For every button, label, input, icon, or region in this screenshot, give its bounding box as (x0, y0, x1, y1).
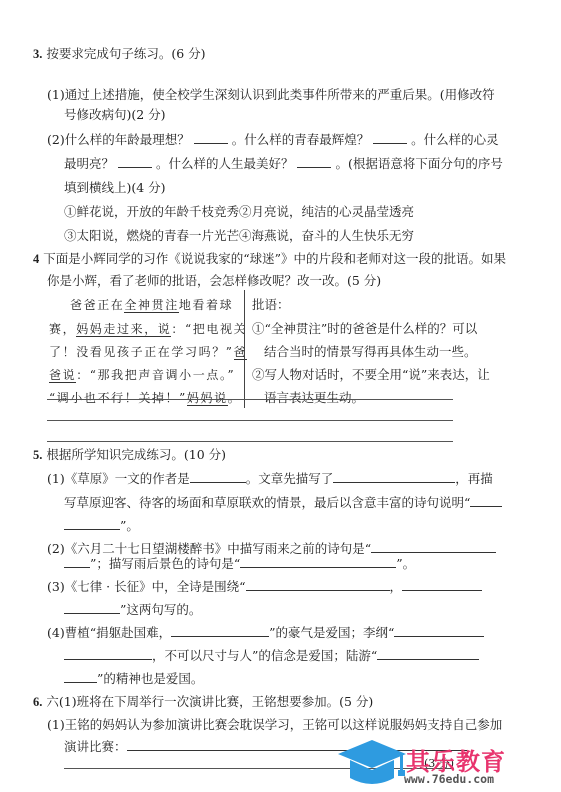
comment-label: 批语： (252, 296, 290, 314)
answer-blank[interactable] (373, 131, 407, 144)
q5-heading: 5. 根据所学知识完成练习。(10 分) (33, 446, 226, 464)
q3-number: 3. (33, 47, 42, 61)
q5-sub4-line3: ”的精神也是爱国。 (64, 670, 203, 688)
q5-title: 根据所学知识完成练习。(10 分) (46, 447, 226, 462)
answer-line[interactable] (47, 399, 453, 400)
comment-2-line1: ②写人物对话时，不要全用“说”来表达，让 (252, 366, 490, 384)
answer-blank[interactable] (333, 470, 455, 483)
q5-sub3-line1: (3)《七律 · 长征》中，全诗是围绕“， (47, 578, 482, 596)
q3-part2-text-f: 。(根据语意将下面分句的序号 (335, 156, 502, 171)
q3-part2-text-b: 。什么样的青春最辉煌？ (232, 132, 370, 147)
q5-text: ”的精神也是爱国。 (97, 671, 203, 686)
q4-line2: 你是小辉，看了老师的批语，会怎样修改呢？改一改。(5 分) (47, 272, 381, 290)
q5-sub4-line2: ，不可以尺寸与人”的信念是爱国；陆游“ (64, 647, 479, 665)
excerpt-text: ：“把电视关 (171, 322, 247, 336)
q5-sub1-line2: 写草原迎客、待客的场面和草原联欢的情景，最后以含意丰富的诗句说明“ (64, 494, 502, 512)
q5-sub4-line1: (4)曹植“捐躯赴国难，”的豪气是爱国；李纲“ (47, 624, 484, 642)
q5-sub3-line2: ”这两句写的。 (64, 601, 201, 619)
answer-blank[interactable] (402, 578, 482, 591)
answer-blank[interactable] (371, 540, 496, 553)
q5-text: ， (390, 579, 403, 594)
answer-blank[interactable] (64, 601, 120, 614)
answer-blank[interactable] (394, 624, 484, 637)
q6-number: 6. (33, 695, 42, 709)
q6-text: 演讲比赛： (64, 739, 127, 754)
q5-text: ”的豪气是爱国；李纲“ (269, 625, 394, 640)
q6-sub1-line1: (1)王铭的妈妈认为参加演讲比赛会耽误学习，王铭可以这样说服妈妈支持自己参加 (47, 716, 502, 734)
q3-part1-line2: 号修改病句)(2 分) (64, 106, 166, 124)
excerpt-text: ：“那我把声音调小一点。” (76, 368, 235, 382)
excerpt-text: 爸爸正在 (70, 298, 124, 312)
comment-1-line2: 结合当时的情景写得再具体生动一些。 (264, 343, 477, 361)
excerpt-text: 了！没看见孩子正在学习吗？” (49, 345, 234, 359)
q4-line1: 下面是小辉同学的习作《说说我家的“球迷”》中的片段和老师对这一段的批语。如果 (43, 251, 506, 266)
excerpt-underlined: 爸 (234, 345, 248, 360)
q3-heading: 3. 按要求完成句子练习。(6 分) (33, 45, 206, 63)
answer-blank[interactable] (377, 647, 479, 660)
answer-blank[interactable] (190, 470, 246, 483)
q5-text: 写草原迎客、待客的场面和草原联欢的情景，最后以含意丰富的诗句说明“ (64, 495, 470, 510)
excerpt-text: 。 (228, 391, 242, 405)
answer-line[interactable] (47, 441, 453, 442)
q6-heading: 6. 六(1)班将在下周举行一次演讲比赛，王铭想要参加。(5 分) (33, 693, 373, 711)
answer-blank[interactable] (171, 624, 269, 637)
comment-1-line1: ①“全神贯注”时的爸爸是什么样的？可以 (252, 320, 477, 338)
q5-text: ”。 (120, 518, 139, 533)
answer-blank[interactable] (64, 555, 90, 568)
q3-part2-line1: (2)什么样的年龄最理想？ 。什么样的青春最辉煌？ 。什么样的心灵 (47, 131, 499, 149)
q3-part1-line1: (1)通过上述措施，使全校学生深刻认识到此类事件所带来的严重后果。(用修改符 (47, 86, 495, 104)
q5-text: ”；描写雨后景色的诗句是“ (90, 556, 240, 571)
q4-heading: 4 下面是小辉同学的习作《说说我家的“球迷”》中的片段和老师对这一段的批语。如果 (33, 250, 506, 268)
q3-part2-text-a: (2)什么样的年龄最理想？ (47, 132, 190, 147)
q5-text: ”。 (396, 556, 415, 571)
q5-sub2-line2: ”；描写雨后景色的诗句是“”。 (64, 555, 415, 573)
answer-blank[interactable] (297, 155, 331, 168)
q5-text: (4)曹植“捐躯赴国难， (47, 625, 171, 640)
answer-blank[interactable] (118, 155, 152, 168)
answer-blank[interactable] (64, 670, 97, 683)
q5-text: (2)《六月二十七日望湖楼醉书》中描写雨来之前的诗句是“ (47, 541, 371, 556)
q3-part2-line3: 填到横线上)(4 分) (64, 179, 166, 197)
column-divider (244, 290, 245, 408)
q5-text: ，不可以尺寸与人”的信念是爱国；陆游“ (152, 648, 377, 663)
q3-part2-text-e: 。什么样的人生最美好？ (156, 156, 294, 171)
q3-part2-line2: 最明亮？ 。什么样的人生最美好？ 。(根据语意将下面分句的序号 (64, 155, 503, 173)
excerpt-underlined: 爸说 (49, 368, 76, 383)
q6-title: 六(1)班将在下周举行一次演讲比赛，王铭想要参加。(5 分) (46, 694, 373, 709)
excerpt-text: “调小也不行！关掉！” (49, 391, 187, 405)
q3-part2-text-c: 。什么样的心灵 (411, 132, 499, 147)
q3-option-3: ③太阳说，燃烧的青春一片光芒 (64, 227, 239, 245)
answer-blank[interactable] (64, 647, 152, 660)
q3-title: 按要求完成句子练习。(6 分) (46, 46, 205, 61)
q5-sub1-line1: (1)《草原》一文的作者是。文章先描写了，再描 (47, 470, 493, 488)
q3-option-2: ②月亮说，纯洁的心灵晶莹透亮 (239, 203, 414, 221)
q3-option-4: ④海燕说，奋斗的人生快乐无穷 (239, 227, 414, 245)
excerpt-underlined: 妈妈走过来，说 (76, 322, 171, 337)
excerpt-underlined: 全神贯注 (124, 298, 178, 313)
q5-number: 5. (33, 448, 42, 462)
answer-blank[interactable] (240, 555, 396, 568)
watermark-url: www.76edu.com (404, 772, 494, 786)
excerpt-text: 赛， (49, 322, 76, 336)
q3-option-1: ①鲜花说，开放的年龄千枝竞秀 (64, 203, 239, 221)
answer-blank[interactable] (194, 131, 228, 144)
q5-text: (3)《七律 · 长征》中，全诗是围绕“ (47, 579, 246, 594)
answer-blank[interactable] (246, 578, 390, 591)
graduation-cap-icon (336, 738, 408, 788)
comment-2-line2: 语言表达更生动。 (264, 389, 364, 407)
q3-part2-text-d: 最明亮？ (64, 156, 114, 171)
q4-number: 4 (33, 252, 39, 266)
q5-text: ，再描 (455, 471, 493, 486)
answer-blank[interactable] (470, 494, 502, 507)
q5-text: 。文章先描写了 (246, 471, 334, 486)
answer-blank[interactable] (64, 517, 120, 530)
q5-text: (1)《草原》一文的作者是 (47, 471, 190, 486)
q5-sub1-line3: ”。 (64, 517, 139, 535)
excerpt-text: 地看着球 (179, 298, 233, 312)
answer-line[interactable] (47, 420, 453, 421)
q5-text: ”这两句写的。 (120, 602, 201, 617)
